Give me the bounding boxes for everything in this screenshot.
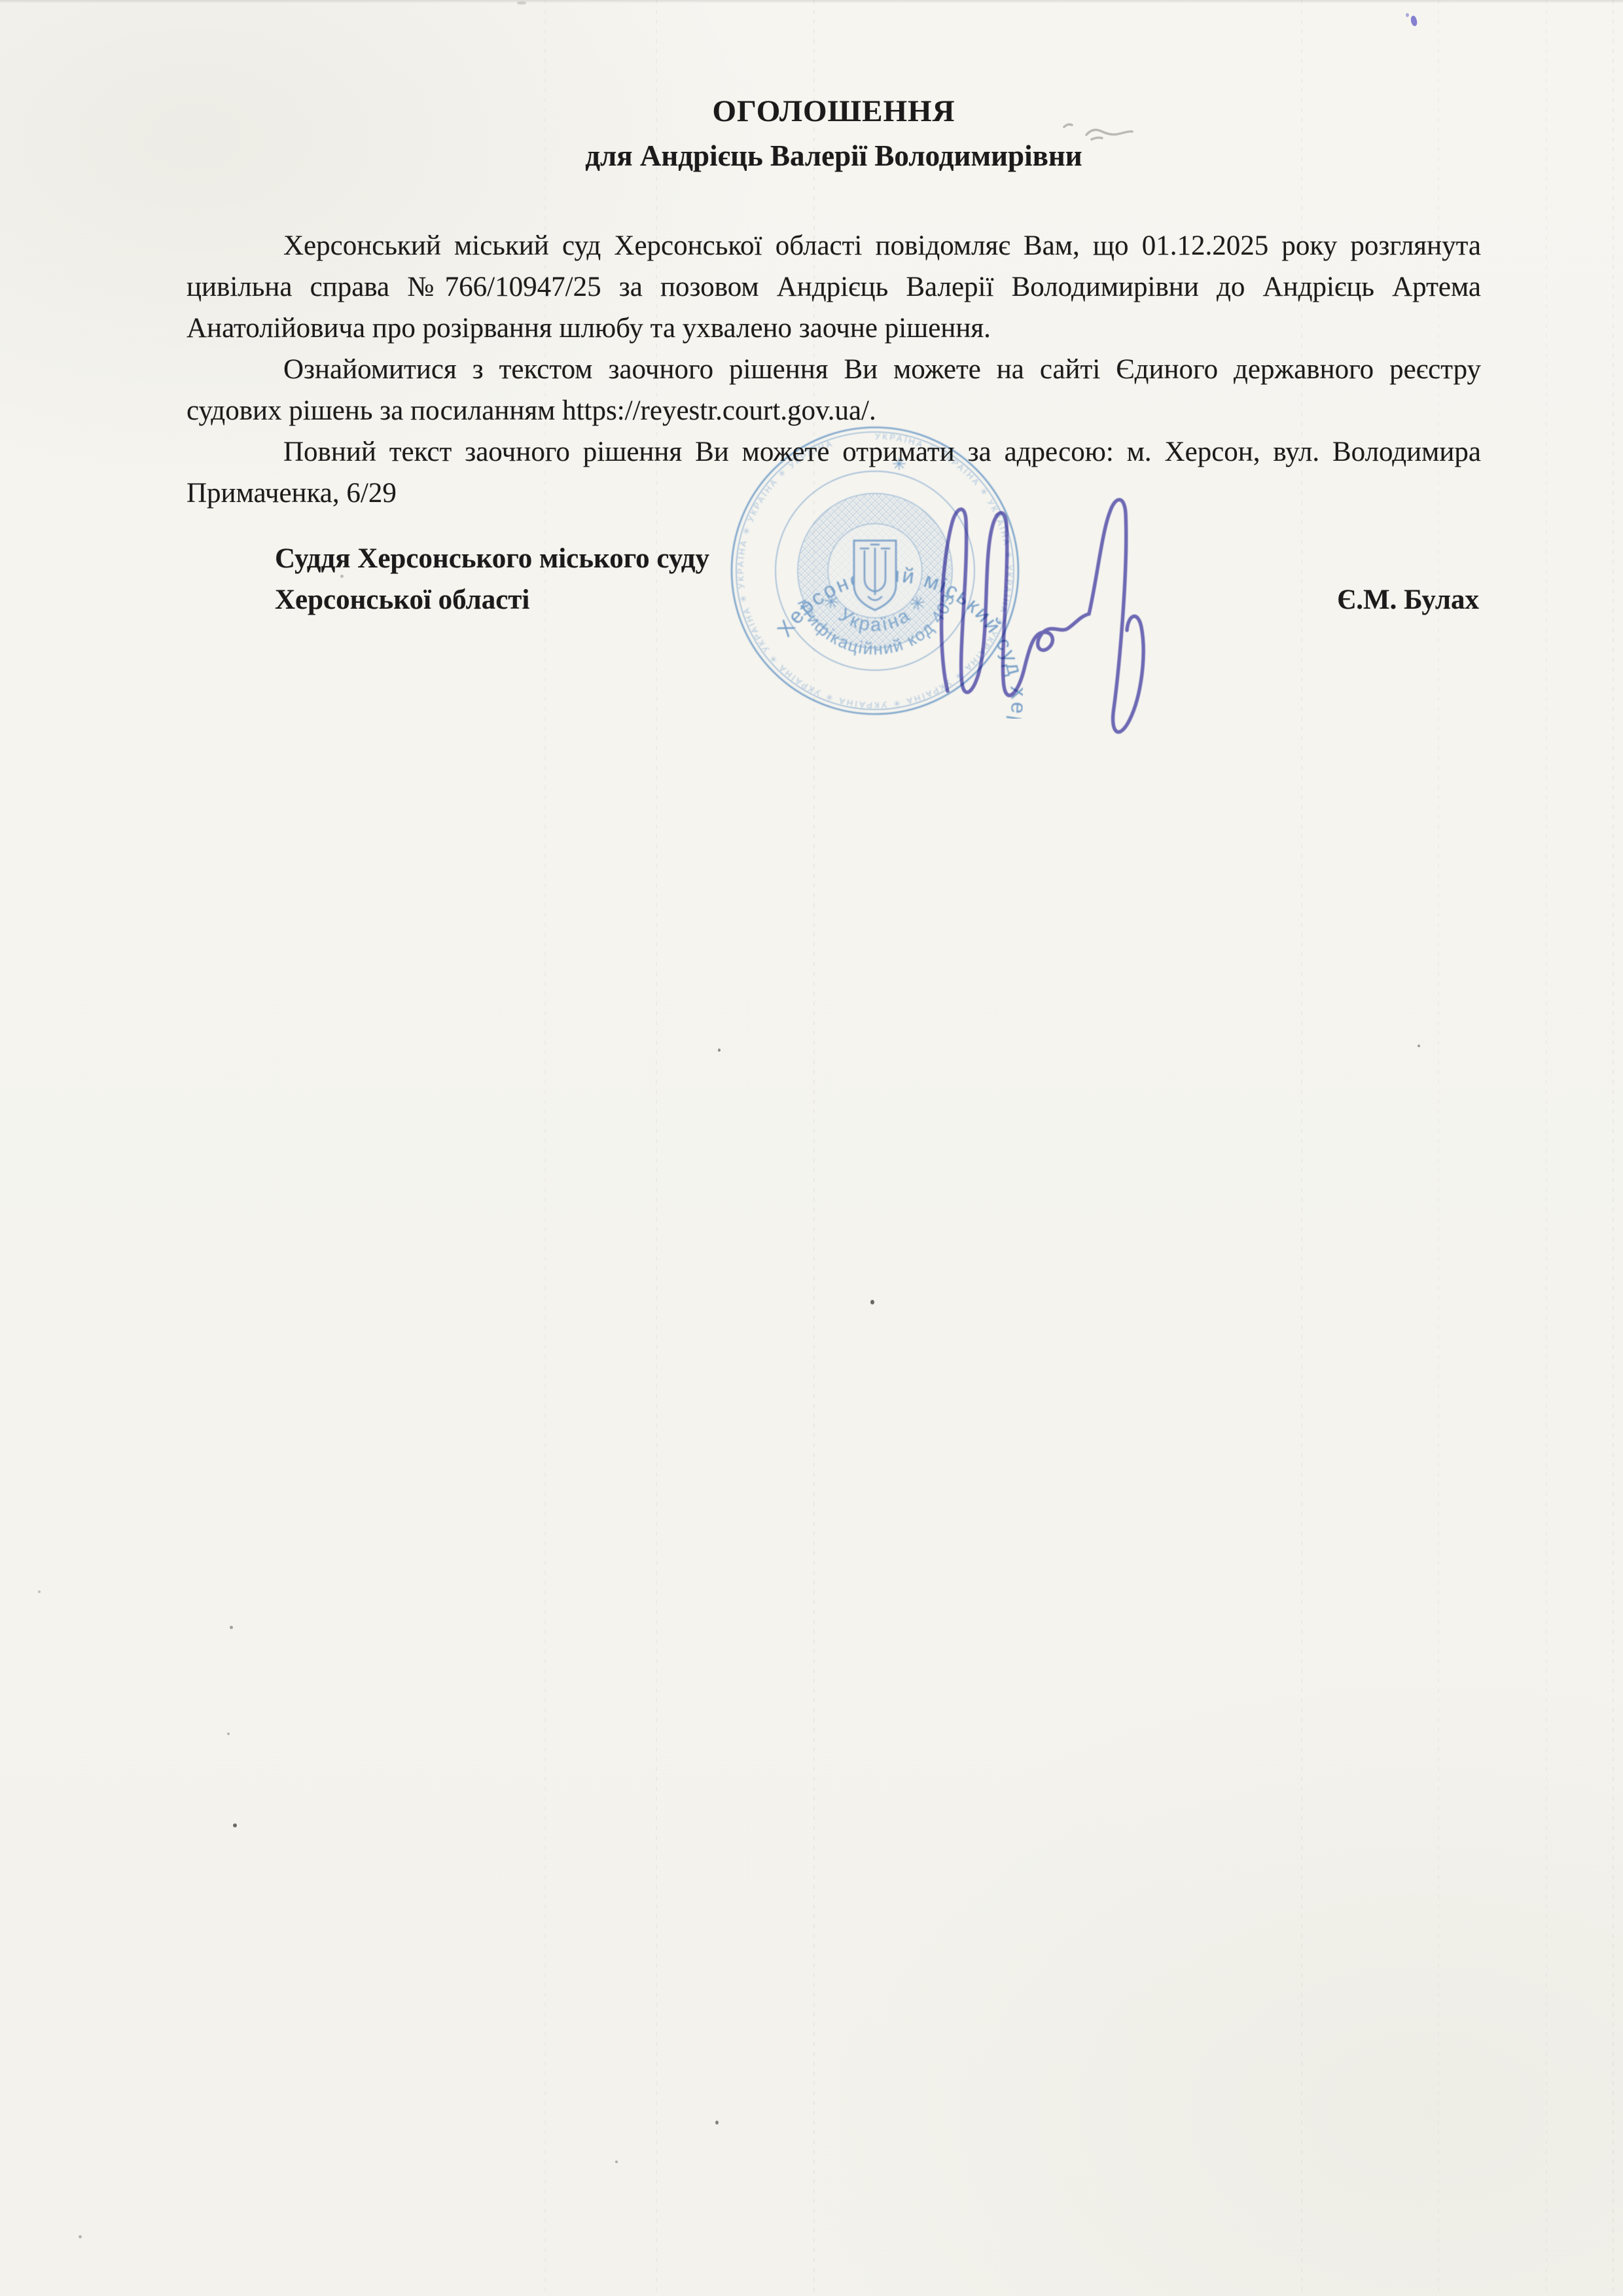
scan-speck xyxy=(340,575,344,578)
ink-speck xyxy=(1410,15,1419,27)
scan-speck xyxy=(230,1626,233,1629)
pencil-smudge xyxy=(1059,118,1137,148)
scan-streak xyxy=(1613,0,1614,2296)
scan-speck xyxy=(718,1049,721,1052)
scan-speck xyxy=(38,1590,41,1593)
scan-speck xyxy=(715,2121,719,2125)
scan-edge-shadow xyxy=(0,0,1623,3)
document-title: ОГОЛОШЕННЯ xyxy=(187,92,1481,131)
scan-speck xyxy=(1418,1045,1420,1047)
ink-speck xyxy=(1406,13,1409,17)
scan-speck xyxy=(79,2235,82,2238)
document-subtitle: для Андрієць Валерії Володимирівни xyxy=(187,136,1481,175)
paragraph-2: Ознайомитися з текстом заочного рішення … xyxy=(187,349,1481,431)
scan-speck xyxy=(517,1,526,5)
scanned-document-page: ОГОЛОШЕННЯ для Андрієць Валерії Володими… xyxy=(0,0,1623,2296)
scan-speck xyxy=(870,1300,874,1304)
paragraph-1: Херсонський міський суд Херсонської обла… xyxy=(187,225,1481,349)
scan-speck xyxy=(233,1823,237,1827)
scan-speck xyxy=(227,1732,230,1735)
judge-name: Є.М. Булах xyxy=(1337,579,1479,620)
signature-ink xyxy=(864,458,1165,746)
scan-streak xyxy=(1546,0,1547,2296)
scan-speck xyxy=(615,2161,618,2163)
